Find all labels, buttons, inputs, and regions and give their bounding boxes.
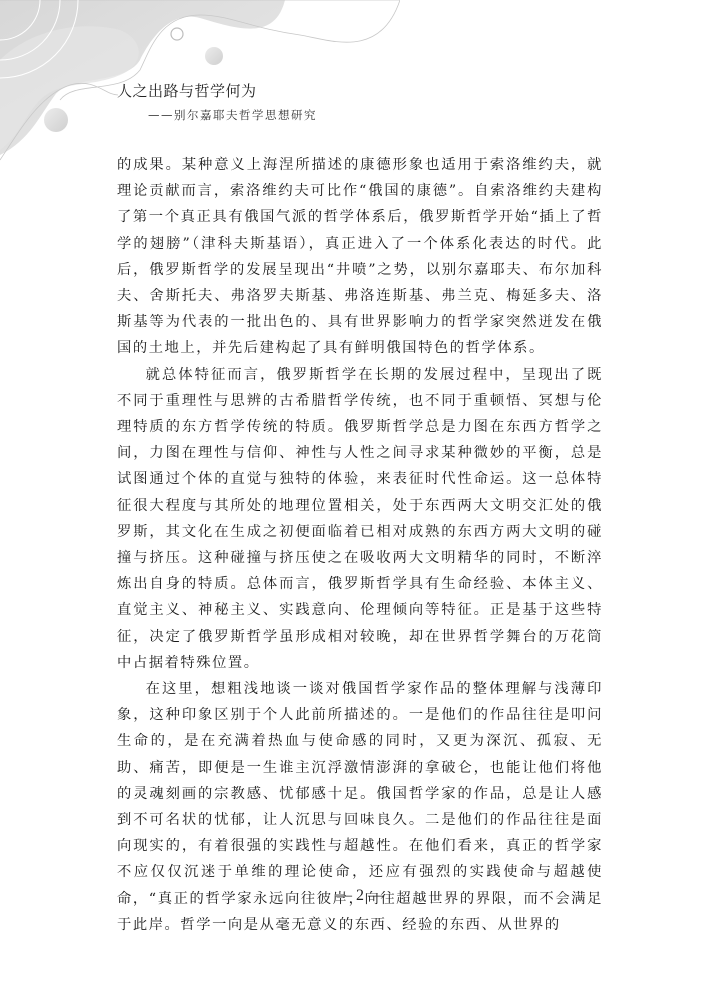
- running-header: 人之出路与哲学何为 ——别尔嘉耶夫哲学思想研究: [117, 80, 317, 123]
- paragraph-2: 就总体特征而言，俄罗斯哲学在长期的发展过程中，呈现出了既不同于重理性与思辨的古希…: [117, 362, 603, 676]
- paragraph-3: 在这里，想粗浅地谈一谈对俄国哲学家作品的整体理解与浅薄印象，这种印象区别于个人此…: [117, 676, 603, 938]
- paragraph-1: 的成果。某种意义上海涅所描述的康德形象也适用于索洛维约夫，就理论贡献而言，索洛维…: [117, 152, 603, 362]
- book-subtitle: ——别尔嘉耶夫哲学思想研究: [148, 107, 317, 123]
- body-text: 的成果。某种意义上海涅所描述的康德形象也适用于索洛维约夫，就理论贡献而言，索洛维…: [117, 152, 603, 938]
- book-title: 人之出路与哲学何为: [117, 80, 317, 101]
